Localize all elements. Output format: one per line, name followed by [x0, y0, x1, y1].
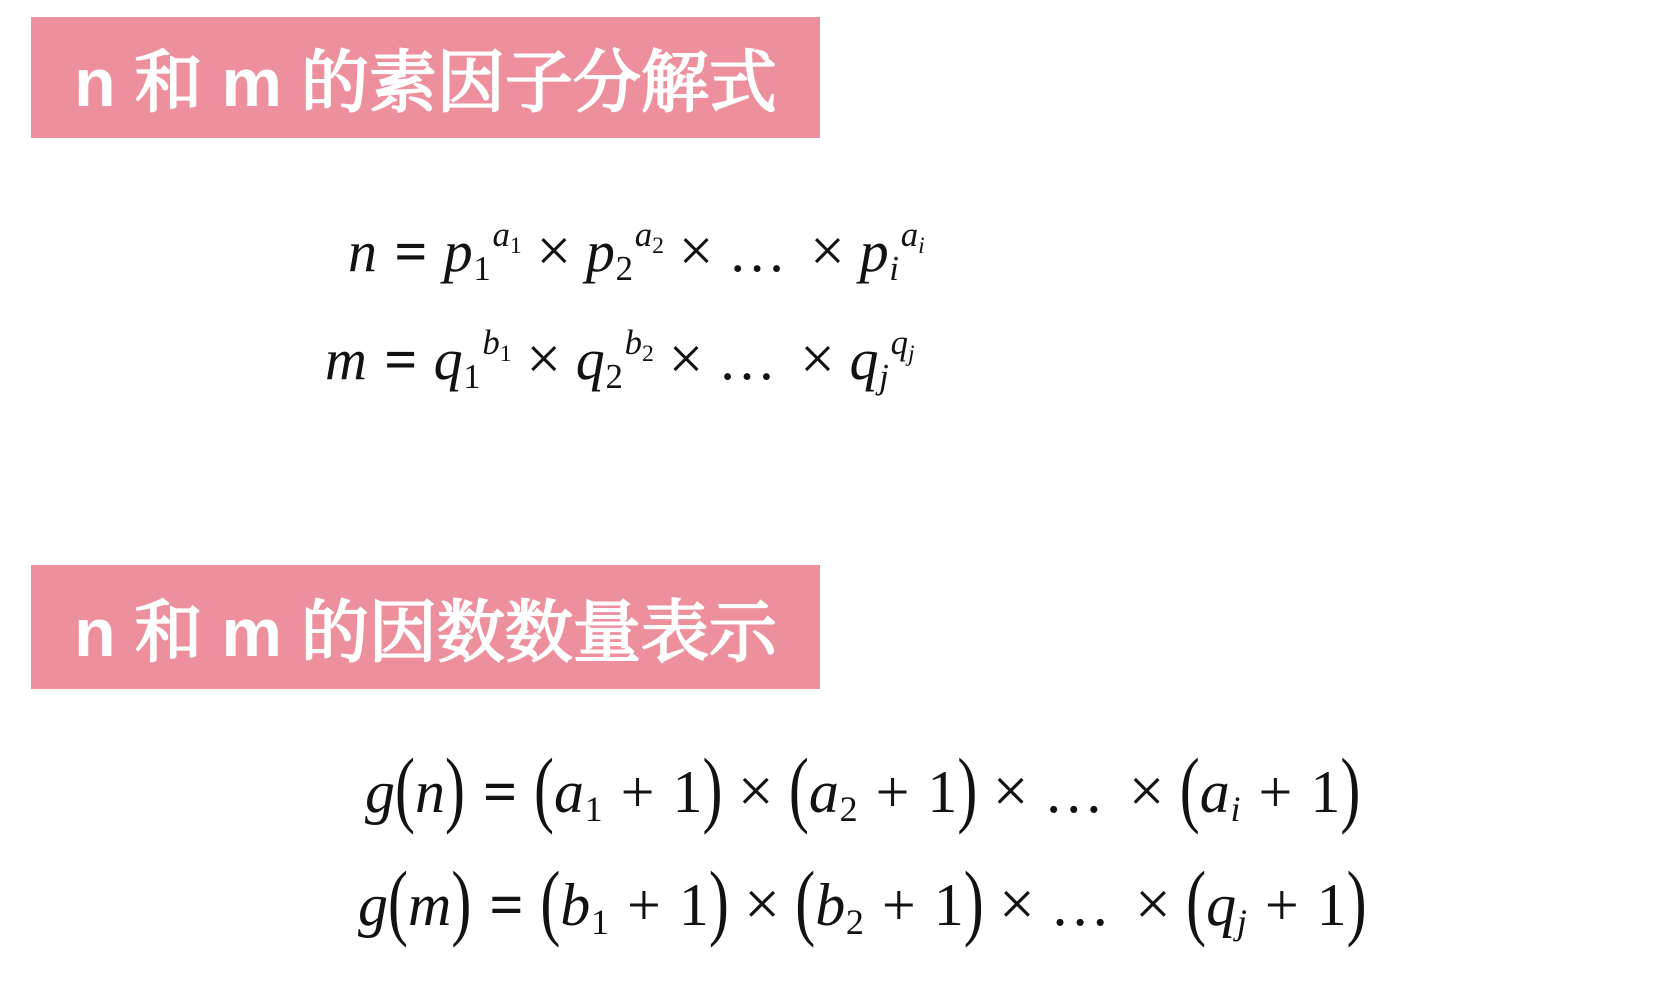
math-operator: +: [882, 872, 916, 938]
math-base-with-subscript: pi: [860, 219, 899, 284]
math-paren: ): [709, 822, 729, 981]
math-times: ×: [1129, 755, 1165, 826]
math-token: q: [849, 327, 878, 392]
math-token: q: [576, 327, 605, 392]
math-token: j: [1237, 902, 1247, 942]
math-times: ×: [999, 868, 1035, 939]
math-base-with-subscript: a2: [809, 759, 858, 825]
math-base-with-subscript: b2: [815, 872, 864, 938]
math-paren: (: [795, 822, 815, 981]
math-token: 1: [500, 341, 512, 367]
math-token: i: [1230, 789, 1240, 829]
math-token: j: [879, 357, 889, 396]
math-superscript: b2: [625, 287, 654, 403]
math-ellipsis: …: [718, 327, 785, 392]
math-token: 2: [652, 233, 664, 259]
math-token: b: [815, 872, 845, 938]
math-operator: +: [1265, 872, 1299, 938]
math-number: 1: [679, 872, 709, 938]
math-base-with-subscript: q2: [576, 327, 623, 392]
math-superscript: b1: [482, 287, 511, 403]
math-times: ×: [1135, 868, 1171, 939]
math-base-with-subscript: ai: [1200, 759, 1241, 825]
math-paren: ): [964, 822, 984, 981]
math-operator: +: [876, 759, 910, 825]
math-token: a: [809, 759, 839, 825]
math-token: 2: [605, 357, 622, 396]
math-times: ×: [800, 325, 835, 393]
math-base-with-subscript: b1: [560, 872, 609, 938]
math-ellipsis: …: [1050, 872, 1120, 938]
header-text-divisor-count: n 和 m 的因数数量表示: [74, 579, 777, 676]
math-token: b: [482, 323, 499, 362]
formula-g-m-divisor-count: g(m)=(b1+1)×(b2+1)×…×(qj+1): [358, 848, 1367, 960]
math-base-with-subscript: qj: [849, 327, 888, 392]
math-token: a: [1200, 759, 1230, 825]
math-var: m: [408, 872, 451, 938]
math-superscript: a2: [635, 179, 664, 295]
math-paren: ): [1347, 822, 1367, 981]
math-token: q: [891, 323, 908, 362]
math-operator: +: [627, 872, 661, 938]
math-ellipsis: …: [728, 219, 795, 284]
math-token: 1: [510, 233, 522, 259]
math-number: 1: [1317, 872, 1347, 938]
math-ellipsis: …: [1044, 759, 1114, 825]
math-token: 1: [463, 357, 480, 396]
math-times: ×: [738, 755, 774, 826]
page-root: n 和 m 的素因子分解式 n=p1a1×p2a2×…×piai m=q1b1×…: [0, 0, 1653, 981]
math-token: b: [560, 872, 590, 938]
header-band-divisor-count: n 和 m 的因数数量表示: [31, 565, 820, 689]
math-token: p: [860, 219, 889, 284]
math-token: 1: [473, 249, 490, 288]
math-token: p: [586, 219, 615, 284]
math-paren: (: [1186, 822, 1206, 981]
math-operator: =: [483, 759, 516, 825]
math-times: ×: [536, 217, 571, 285]
math-operator: +: [1258, 759, 1292, 825]
math-var: g: [365, 759, 395, 825]
math-operator: +: [621, 759, 655, 825]
math-superscript: qj: [891, 287, 915, 403]
math-token: 2: [616, 249, 633, 288]
math-base-with-subscript: q1: [434, 327, 481, 392]
math-token: a: [493, 215, 510, 254]
math-token: 1: [591, 902, 609, 942]
math-operator: =: [384, 327, 416, 392]
formula-g-n-divisor-count: g(n)=(a1+1)×(a2+1)×…×(ai+1): [365, 735, 1360, 847]
math-times: ×: [679, 217, 714, 285]
math-number: 1: [934, 872, 964, 938]
math-times: ×: [744, 868, 780, 939]
math-token: a: [901, 215, 918, 254]
math-token: a: [635, 215, 652, 254]
math-superscript: ai: [901, 179, 925, 295]
math-number: 1: [673, 759, 703, 825]
math-times: ×: [526, 325, 561, 393]
math-times: ×: [810, 217, 845, 285]
math-var: m: [325, 327, 367, 392]
math-operator: =: [489, 872, 522, 938]
math-token: 1: [585, 789, 603, 829]
math-var: n: [415, 759, 445, 825]
math-token: q: [1206, 872, 1236, 938]
header-text-prime-factorization: n 和 m 的素因子分解式: [74, 29, 777, 126]
math-var: g: [358, 872, 388, 938]
math-paren: ): [451, 822, 471, 981]
math-paren: (: [388, 822, 408, 981]
math-token: p: [444, 219, 473, 284]
formula-m-prime-factorization: m=q1b1×q2b2×…×qjqj: [325, 303, 915, 415]
math-token: i: [889, 249, 899, 288]
math-token: 2: [846, 902, 864, 942]
math-base-with-subscript: p1: [444, 219, 491, 284]
math-token: i: [918, 233, 925, 259]
math-token: 2: [642, 341, 654, 367]
math-token: q: [434, 327, 463, 392]
header-band-prime-factorization: n 和 m 的素因子分解式: [31, 17, 820, 138]
math-base-with-subscript: p2: [586, 219, 633, 284]
math-token: a: [554, 759, 584, 825]
math-times: ×: [993, 755, 1029, 826]
math-superscript: a1: [493, 179, 522, 295]
math-base-with-subscript: qj: [1206, 872, 1247, 938]
math-operator: =: [394, 219, 426, 284]
math-base-with-subscript: a1: [554, 759, 603, 825]
math-token: b: [625, 323, 642, 362]
math-times: ×: [669, 325, 704, 393]
math-token: 2: [840, 789, 858, 829]
math-number: 1: [927, 759, 957, 825]
math-number: 1: [1310, 759, 1340, 825]
math-paren: (: [540, 822, 560, 981]
math-token: j: [908, 341, 915, 367]
math-var: n: [348, 219, 377, 284]
